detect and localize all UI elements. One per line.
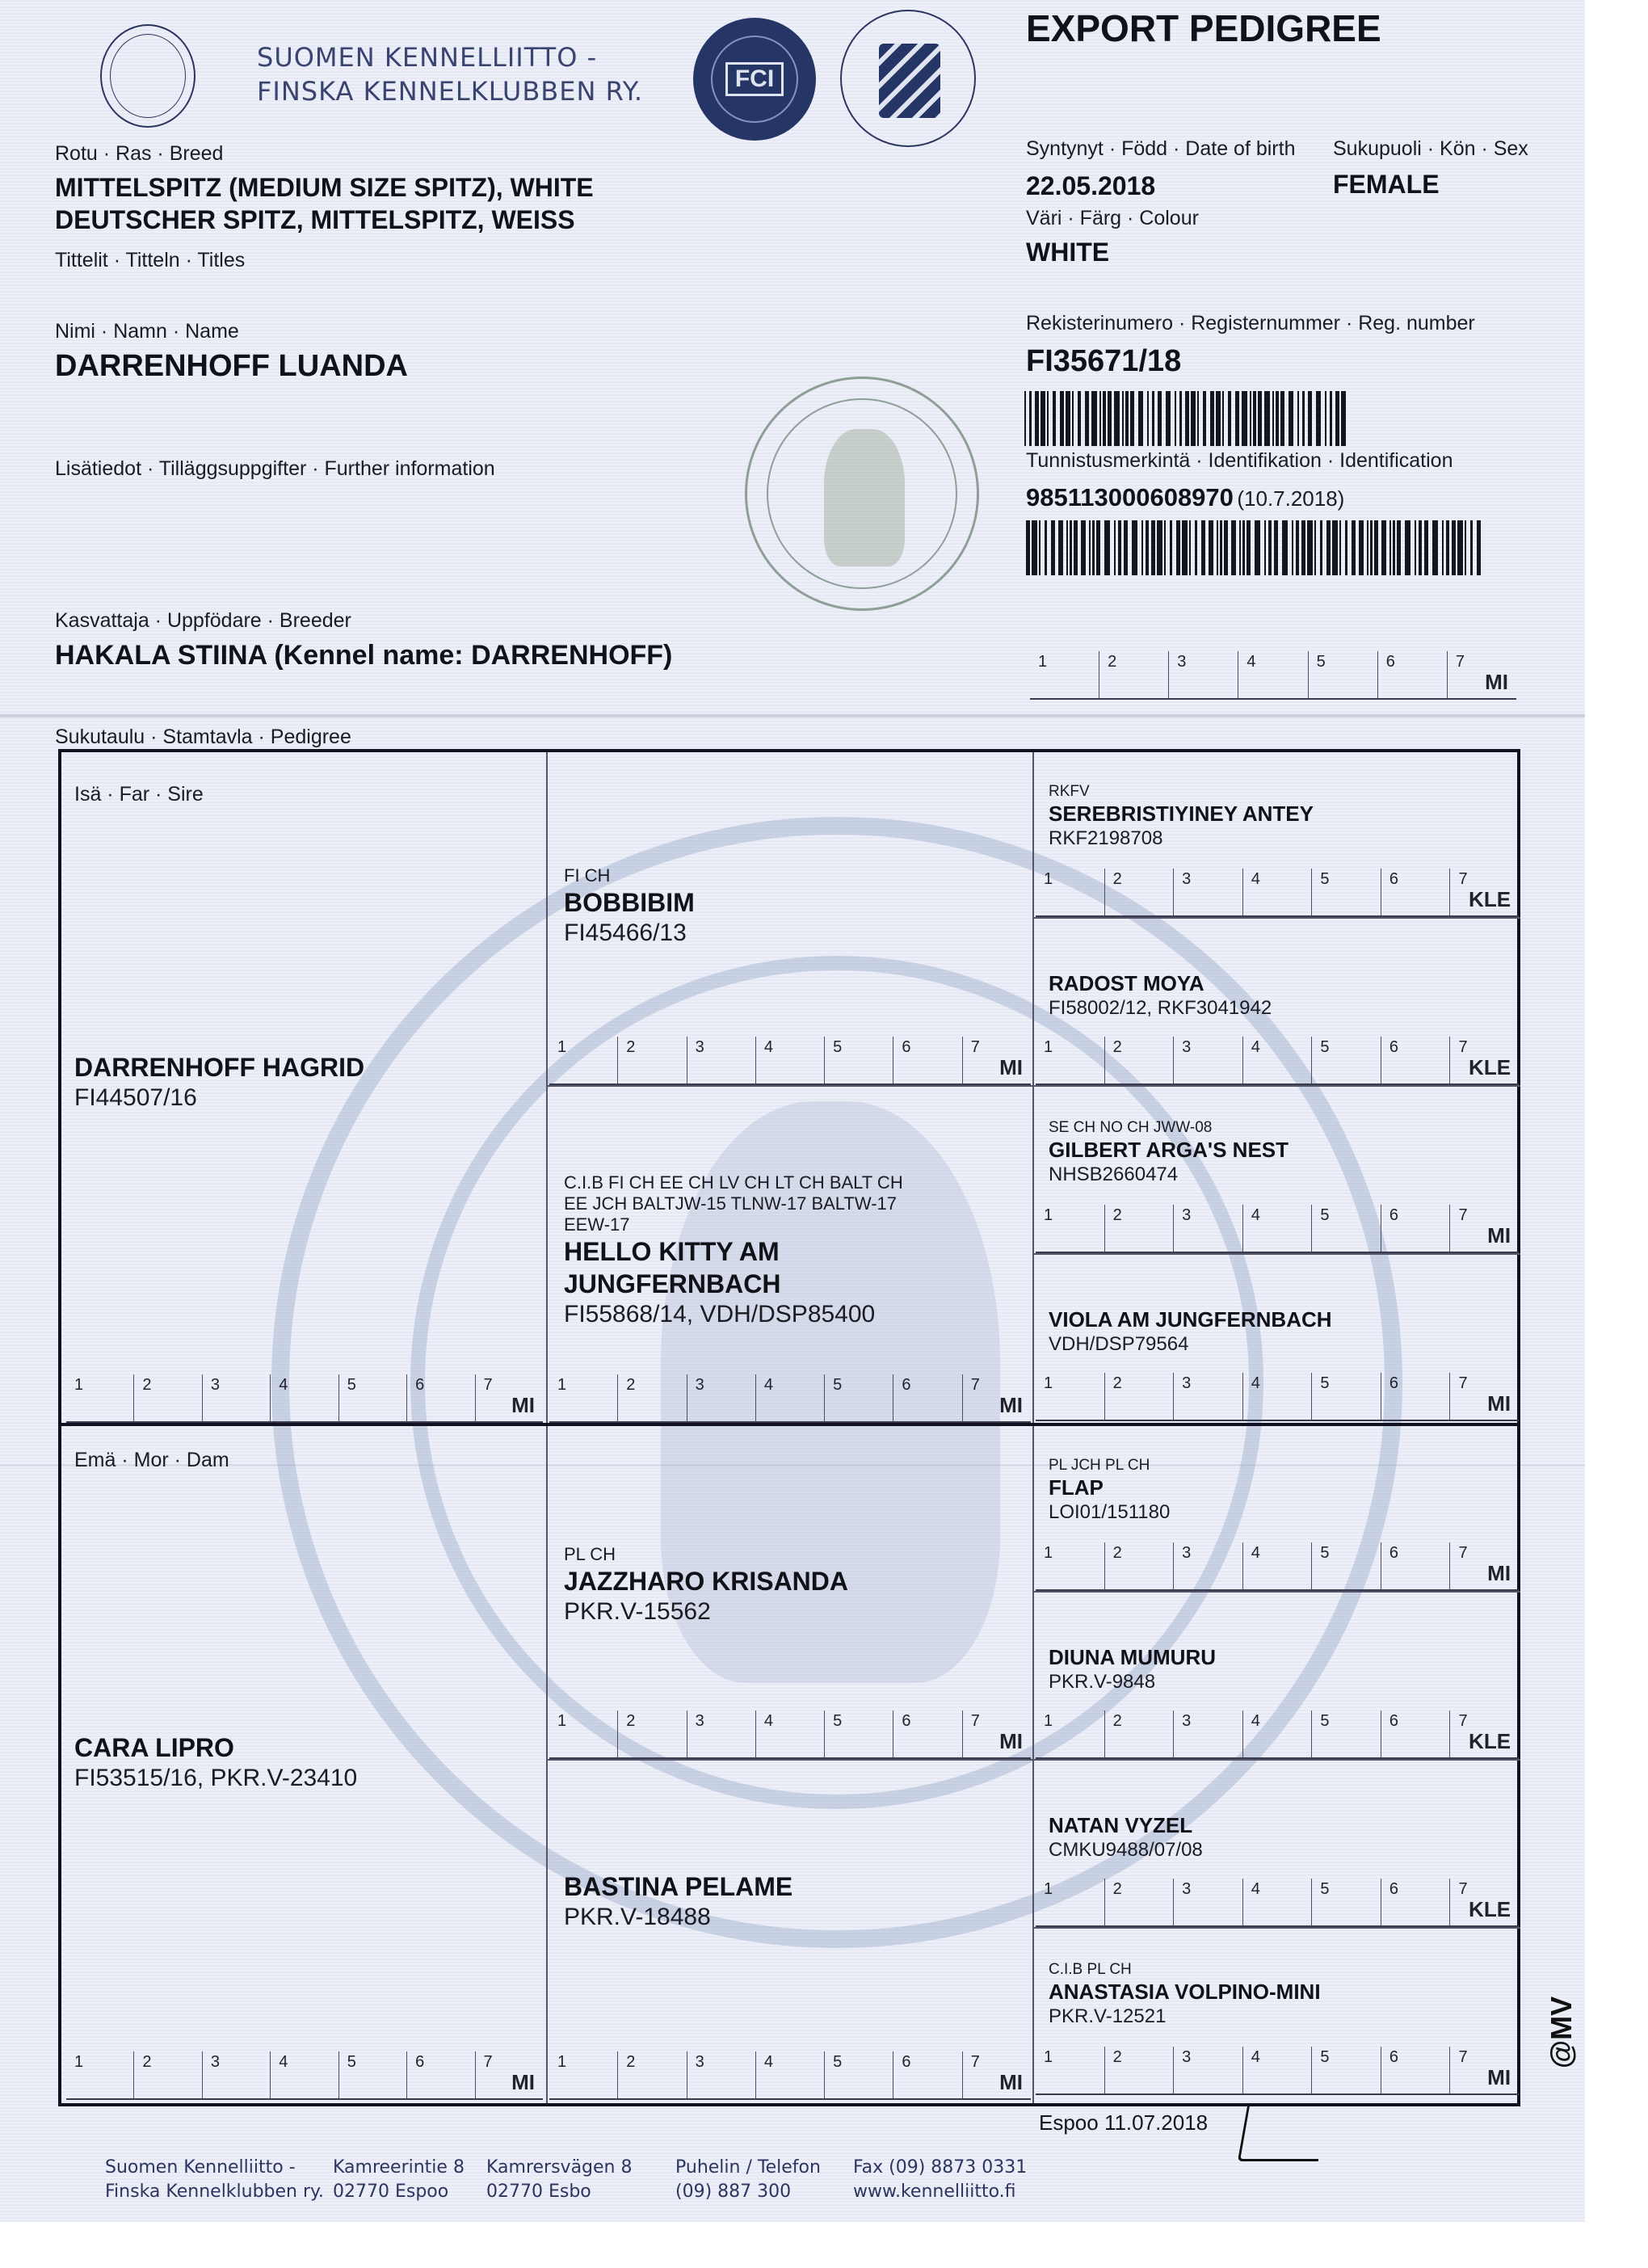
evaluation-cell: 4: [270, 2051, 338, 2098]
evaluation-cell: 2: [1104, 1710, 1174, 1757]
evaluation-cell: 2: [617, 1037, 686, 1084]
evaluation-code: KLE: [1469, 887, 1511, 912]
footer-organization: Suomen Kennelliitto - Finska Kennelklubb…: [105, 2156, 324, 2204]
evaluation-cell: 4: [755, 1374, 824, 1421]
evaluation-cell: 2: [617, 1710, 686, 1757]
evaluation-cell: 2: [617, 2051, 686, 2098]
evaluation-cell: 7KLE: [1449, 1710, 1519, 1757]
evaluation-cell: 7MI: [475, 1374, 543, 1421]
evaluation-cell: 5: [824, 1374, 893, 1421]
evaluation-cell: 5: [1308, 651, 1377, 698]
dob-label: Syntynyt · Född · Date of birth: [1026, 137, 1295, 161]
dam-dam-entry: BASTINA PELAME PKR.V-18488: [564, 1870, 792, 1932]
great-grandparent-evaluation-boxes: 1234567KLE: [1036, 869, 1519, 917]
microchip-date: (10.7.2018): [1237, 486, 1344, 511]
dam-label: Emä · Mor · Dam: [74, 1449, 229, 1472]
microchip-number: 985113000608970: [1026, 483, 1234, 511]
evaluation-cell: 7KLE: [1449, 1879, 1519, 1925]
evaluation-cell: 7MI: [962, 1037, 1031, 1084]
evaluation-cell: 1: [1036, 2047, 1104, 2093]
great-grandparent-reg: FI58002/12, RKF3041942: [1049, 996, 1272, 1020]
evaluation-cell: 6: [406, 2051, 474, 2098]
great-grandparent-titles: PL JCH PL CH: [1049, 1457, 1170, 1475]
evaluation-cell: 5: [1311, 1542, 1381, 1589]
evaluation-cell: 7KLE: [1449, 869, 1519, 915]
great-grandparent-evaluation-boxes: 1234567KLE: [1036, 1037, 1519, 1085]
evaluation-cell: 4: [1242, 869, 1312, 915]
evaluation-cell: 7MI: [1449, 1373, 1519, 1420]
dam-dam-reg: PKR.V-18488: [564, 1903, 792, 1932]
pedigree-document: SUOMEN KENNELLIITTO - FINSKA KENNELKLUBB…: [0, 0, 1585, 2222]
evaluation-code: MI: [999, 2070, 1023, 2095]
great-grandparent-entry: RADOST MOYAFI58002/12, RKF3041942: [1049, 970, 1272, 1020]
evaluation-cell: 1: [549, 2051, 617, 2098]
document-title: EXPORT PEDIGREE: [1026, 6, 1381, 50]
sire-name: DARRENHOFF HAGRID: [74, 1051, 364, 1084]
evaluation-code: MI: [1485, 670, 1508, 695]
dam-sire-titles: PL CH: [564, 1544, 848, 1565]
evaluation-cell: 2: [1104, 1373, 1174, 1420]
great-grandparent-reg: PKR.V-9848: [1049, 1670, 1216, 1694]
pedigree-label: Sukutaulu · Stamtavla · Pedigree: [55, 726, 351, 749]
dam-dam-evaluation-boxes: 1234567MI: [549, 2051, 1031, 2100]
evaluation-cell: 1: [1036, 1373, 1104, 1420]
evaluation-cell: 2: [1104, 1542, 1174, 1589]
evaluation-cell: 5: [824, 2051, 893, 2098]
great-grandparent-entry: RKFVSEREBRISTIYINEY ANTEYRKF2198708: [1049, 783, 1314, 851]
evaluation-cell: 5: [1311, 1879, 1381, 1925]
evaluation-cell: 3: [687, 2051, 755, 2098]
great-grandparent-entry: PL JCH PL CHFLAPLOI01/151180: [1049, 1457, 1170, 1525]
dam-sire-name: JAZZHARO KRISANDA: [564, 1565, 848, 1597]
sire-evaluation-boxes: 1234567MI: [66, 1374, 543, 1423]
great-grandparent-titles: C.I.B PL CH: [1049, 1961, 1321, 1979]
flags-icon: [879, 44, 940, 118]
great-grandparent-name: FLAP: [1049, 1475, 1170, 1500]
great-grandparent-name: NATAN VYZEL: [1049, 1812, 1203, 1838]
dob-value: 22.05.2018: [1026, 171, 1155, 201]
great-grandparent-reg: LOI01/151180: [1049, 1500, 1170, 1525]
kennel-club-stamp-icon: [745, 377, 979, 611]
evaluation-cell: 1: [549, 1710, 617, 1757]
identification-row: 985113000608970 (10.7.2018): [1026, 483, 1344, 512]
breeder-label: Kasvattaja · Uppfödare · Breeder: [55, 609, 351, 633]
dam-reg: FI53515/16, PKR.V-23410: [74, 1764, 357, 1793]
evaluation-cell: 1: [1036, 1205, 1104, 1252]
dam-entry: CARA LIPRO FI53515/16, PKR.V-23410: [74, 1732, 357, 1793]
evaluation-cell: 6: [1381, 1037, 1450, 1084]
great-grandparent-evaluation-boxes: 1234567MI: [1036, 2047, 1519, 2095]
great-grandparent-entry: NATAN VYZELCMKU9488/07/08: [1049, 1812, 1203, 1862]
evaluation-code: MI: [999, 1393, 1023, 1418]
breed-line-2: DEUTSCHER SPITZ, MITTELSPITZ, WEISS: [55, 205, 575, 235]
evaluation-cell: 7MI: [962, 1710, 1031, 1757]
great-grandparent-evaluation-boxes: 1234567MI: [1036, 1373, 1519, 1421]
pedigree-grid: Isä · Far · Sire DARRENHOFF HAGRID FI445…: [58, 749, 1520, 2106]
sire-entry: DARRENHOFF HAGRID FI44507/16: [74, 1051, 364, 1113]
evaluation-cell: 4: [755, 2051, 824, 2098]
footer-phone: Puhelin / Telefon (09) 887 300: [675, 2156, 821, 2204]
evaluation-cell: 3: [1173, 2047, 1242, 2093]
sire-sire-titles: FI CH: [564, 865, 695, 886]
evaluation-cell: 6: [1381, 1542, 1450, 1589]
website-link[interactable]: www.kennelliitto.fi: [853, 2180, 1027, 2204]
evaluation-cell: 5: [1311, 869, 1381, 915]
great-grandparent-name: VIOLA AM JUNGFERNBACH: [1049, 1307, 1332, 1332]
name-label: Nimi · Namn · Name: [55, 320, 239, 343]
evaluation-cell: 3: [1173, 1710, 1242, 1757]
place-and-date: Espoo 11.07.2018: [1039, 2110, 1208, 2135]
great-grandparent-reg: PKR.V-12521: [1049, 2005, 1321, 2029]
evaluation-cell: 4: [1238, 651, 1307, 698]
evaluation-cell: 6: [893, 1710, 961, 1757]
great-grandparent-evaluation-boxes: 1234567KLE: [1036, 1710, 1519, 1759]
evaluation-cell: 6: [1381, 1373, 1450, 1420]
evaluation-cell: 4: [270, 1374, 338, 1421]
evaluation-code: MI: [511, 1393, 535, 1418]
evaluation-cell: 2: [1104, 1879, 1174, 1925]
evaluation-cell: 2: [1104, 869, 1174, 915]
evaluation-cell: 6: [1381, 1205, 1450, 1252]
dam-evaluation-boxes: 1234567MI: [66, 2051, 543, 2100]
evaluation-cell: 1: [1036, 1037, 1104, 1084]
evaluation-cell: 5: [1311, 1037, 1381, 1084]
great-grandparent-entry: DIUNA MUMURUPKR.V-9848: [1049, 1644, 1216, 1694]
sex-value: FEMALE: [1333, 170, 1440, 200]
evaluation-cell: 1: [1030, 651, 1099, 698]
colour-value: WHITE: [1026, 238, 1109, 267]
dam-dam-name: BASTINA PELAME: [564, 1870, 792, 1903]
evaluation-cell: 5: [1311, 1205, 1381, 1252]
nordic-kennel-union-logo-icon: [840, 10, 976, 147]
great-grandparent-evaluation-boxes: 1234567KLE: [1036, 1879, 1519, 1927]
sire-sire-entry: FI CH BOBBIBIM FI45466/13: [564, 865, 695, 948]
evaluation-cell: 3: [1173, 1037, 1242, 1084]
evaluation-cell: 2: [1099, 651, 1168, 698]
great-grandparent-name: RADOST MOYA: [1049, 970, 1272, 996]
evaluation-cell: 5: [338, 2051, 406, 2098]
signature-icon: [1238, 2105, 1328, 2161]
evaluation-code: MI: [1487, 1391, 1511, 1416]
evaluation-cell: 1: [549, 1037, 617, 1084]
evaluation-cell: 4: [755, 1710, 824, 1757]
evaluation-boxes: 1234567MI: [1030, 651, 1516, 700]
evaluation-cell: 6: [893, 2051, 961, 2098]
evaluation-cell: 2: [1104, 1205, 1174, 1252]
great-grandparent-name: ANASTASIA VOLPINO-MINI: [1049, 1979, 1321, 2005]
titles-label: Tittelit · Titteln · Titles: [55, 249, 245, 272]
evaluation-cell: 6: [893, 1037, 961, 1084]
evaluation-cell: 3: [1173, 1879, 1242, 1925]
organization-line-2: FINSKA KENNELKLUBBEN RY.: [257, 74, 643, 108]
evaluation-cell: 5: [1311, 1373, 1381, 1420]
evaluation-cell: 4: [1242, 2047, 1312, 2093]
evaluation-cell: 7MI: [1449, 2047, 1519, 2093]
evaluation-cell: 3: [202, 2051, 270, 2098]
evaluation-cell: 1: [1036, 1879, 1104, 1925]
dam-sire-evaluation-boxes: 1234567MI: [549, 1710, 1031, 1759]
evaluation-cell: 3: [687, 1037, 755, 1084]
evaluation-cell: 2: [1104, 1037, 1174, 1084]
sire-dam-entry: C.I.B FI CH EE CH LV CH LT CH BALT CH EE…: [564, 1172, 903, 1329]
stamp-mark: @MV: [1545, 1997, 1579, 2068]
kennel-club-logo-icon: [100, 24, 195, 128]
great-grandparent-titles: SE CH NO CH JWW-08: [1049, 1119, 1289, 1137]
evaluation-cell: 7MI: [475, 2051, 543, 2098]
evaluation-cell: 4: [755, 1037, 824, 1084]
evaluation-cell: 7MI: [1447, 651, 1516, 698]
evaluation-code: KLE: [1469, 1897, 1511, 1922]
evaluation-cell: 1: [549, 1374, 617, 1421]
great-grandparent-reg: NHSB2660474: [1049, 1163, 1289, 1187]
evaluation-cell: 7MI: [1449, 1205, 1519, 1252]
evaluation-cell: 1: [1036, 1542, 1104, 1589]
organization-line-1: SUOMEN KENNELLIITTO -: [257, 40, 643, 74]
dam-name: CARA LIPRO: [74, 1732, 357, 1764]
evaluation-cell: 1: [66, 2051, 133, 2098]
further-info-label: Lisätiedot · Tilläggsuppgifter · Further…: [55, 457, 495, 481]
evaluation-code: MI: [1487, 2065, 1511, 2090]
evaluation-code: MI: [511, 2070, 535, 2095]
evaluation-cell: 4: [1242, 1710, 1312, 1757]
evaluation-cell: 3: [1168, 651, 1238, 698]
sire-dam-evaluation-boxes: 1234567MI: [549, 1374, 1031, 1423]
evaluation-cell: 4: [1242, 1879, 1312, 1925]
footer-contact: Fax (09) 8873 0331 www.kennelliitto.fi: [853, 2156, 1027, 2204]
organization-name: SUOMEN KENNELLIITTO - FINSKA KENNELKLUBB…: [257, 40, 643, 108]
great-grandparent-entry: VIOLA AM JUNGFERNBACHVDH/DSP79564: [1049, 1307, 1332, 1357]
great-grandparent-entry: SE CH NO CH JWW-08GILBERT ARGA'S NESTNHS…: [1049, 1119, 1289, 1187]
evaluation-cell: 7MI: [962, 2051, 1031, 2098]
evaluation-code: MI: [1487, 1223, 1511, 1248]
great-grandparent-name: SEREBRISTIYINEY ANTEY: [1049, 801, 1314, 827]
sire-sire-reg: FI45466/13: [564, 919, 695, 948]
evaluation-cell: 5: [338, 1374, 406, 1421]
evaluation-code: KLE: [1469, 1055, 1511, 1080]
breed-label: Rotu · Ras · Breed: [55, 142, 223, 166]
great-grandparent-name: GILBERT ARGA'S NEST: [1049, 1137, 1289, 1163]
evaluation-cell: 2: [617, 1374, 686, 1421]
evaluation-cell: 2: [133, 1374, 201, 1421]
sire-sire-name: BOBBIBIM: [564, 886, 695, 919]
footer-address-fi: Kamreerintie 8 02770 Espoo: [333, 2156, 465, 2204]
evaluation-cell: 3: [1173, 1542, 1242, 1589]
great-grandparent-name: DIUNA MUMURU: [1049, 1644, 1216, 1670]
evaluation-cell: 3: [687, 1374, 755, 1421]
evaluation-cell: 5: [824, 1710, 893, 1757]
fci-logo-icon: FCI: [693, 18, 816, 141]
evaluation-cell: 3: [1173, 1205, 1242, 1252]
evaluation-cell: 2: [133, 2051, 201, 2098]
sex-label: Sukupuoli · Kön · Sex: [1333, 137, 1528, 161]
evaluation-cell: 5: [1311, 1710, 1381, 1757]
great-grandparent-reg: CMKU9488/07/08: [1049, 1838, 1203, 1862]
evaluation-cell: 7KLE: [1449, 1037, 1519, 1084]
sire-dam-name: HELLO KITTY AM JUNGFERNBACH: [564, 1235, 903, 1300]
evaluation-code: MI: [999, 1055, 1023, 1080]
evaluation-cell: 3: [687, 1710, 755, 1757]
evaluation-cell: 3: [1173, 1373, 1242, 1420]
evaluation-cell: 4: [1242, 1373, 1312, 1420]
great-grandparent-reg: RKF2198708: [1049, 827, 1314, 851]
evaluation-cell: 1: [1036, 1710, 1104, 1757]
evaluation-cell: 6: [406, 1374, 474, 1421]
sire-dam-titles: C.I.B FI CH EE CH LV CH LT CH BALT CH EE…: [564, 1172, 903, 1235]
evaluation-code: MI: [999, 1729, 1023, 1754]
great-grandparent-titles: RKFV: [1049, 783, 1314, 801]
evaluation-cell: 3: [1173, 869, 1242, 915]
evaluation-cell: 4: [1242, 1205, 1312, 1252]
dog-name: DARRENHOFF LUANDA: [55, 349, 408, 384]
evaluation-cell: 6: [1381, 869, 1450, 915]
sire-label: Isä · Far · Sire: [74, 783, 204, 806]
evaluation-cell: 6: [1381, 2047, 1450, 2093]
reg-number: FI35671/18: [1026, 344, 1181, 379]
paper-fold: [0, 714, 1585, 717]
evaluation-cell: 1: [66, 1374, 133, 1421]
sire-dam-reg: FI55868/14, VDH/DSP85400: [564, 1300, 903, 1329]
great-grandparent-evaluation-boxes: 1234567MI: [1036, 1542, 1519, 1591]
breeder-name: HAKALA STIINA (Kennel name: DARRENHOFF): [55, 640, 672, 671]
breed-line-1: MITTELSPITZ (MEDIUM SIZE SPITZ), WHITE: [55, 173, 594, 203]
evaluation-cell: 3: [202, 1374, 270, 1421]
colour-label: Väri · Färg · Colour: [1026, 207, 1199, 230]
evaluation-cell: 1: [1036, 869, 1104, 915]
sire-reg: FI44507/16: [74, 1084, 364, 1113]
reg-number-barcode: [1024, 391, 1347, 446]
evaluation-cell: 6: [1381, 1710, 1450, 1757]
great-grandparent-evaluation-boxes: 1234567MI: [1036, 1205, 1519, 1253]
evaluation-cell: 5: [824, 1037, 893, 1084]
evaluation-cell: 6: [1377, 651, 1447, 698]
great-grandparent-entry: C.I.B PL CHANASTASIA VOLPINO-MINIPKR.V-1…: [1049, 1961, 1321, 2029]
fci-label: FCI: [725, 62, 784, 96]
evaluation-cell: 6: [893, 1374, 961, 1421]
evaluation-cell: 4: [1242, 1542, 1312, 1589]
dam-sire-entry: PL CH JAZZHARO KRISANDA PKR.V-15562: [564, 1544, 848, 1626]
evaluation-code: KLE: [1469, 1729, 1511, 1754]
evaluation-cell: 2: [1104, 2047, 1174, 2093]
evaluation-cell: 6: [1381, 1879, 1450, 1925]
reg-number-label: Rekisterinumero · Registernummer · Reg. …: [1026, 312, 1475, 335]
evaluation-cell: 7MI: [962, 1374, 1031, 1421]
evaluation-code: MI: [1487, 1561, 1511, 1586]
footer-address-sv: Kamrersvägen 8 02770 Esbo: [486, 2156, 633, 2204]
dam-sire-reg: PKR.V-15562: [564, 1597, 848, 1626]
microchip-barcode: [1026, 520, 1483, 575]
sire-sire-evaluation-boxes: 1234567MI: [549, 1037, 1031, 1085]
evaluation-cell: 7MI: [1449, 1542, 1519, 1589]
evaluation-cell: 4: [1242, 1037, 1312, 1084]
evaluation-cell: 5: [1311, 2047, 1381, 2093]
great-grandparent-reg: VDH/DSP79564: [1049, 1332, 1332, 1357]
identification-label: Tunnistusmerkintä · Identifikation · Ide…: [1026, 449, 1453, 473]
